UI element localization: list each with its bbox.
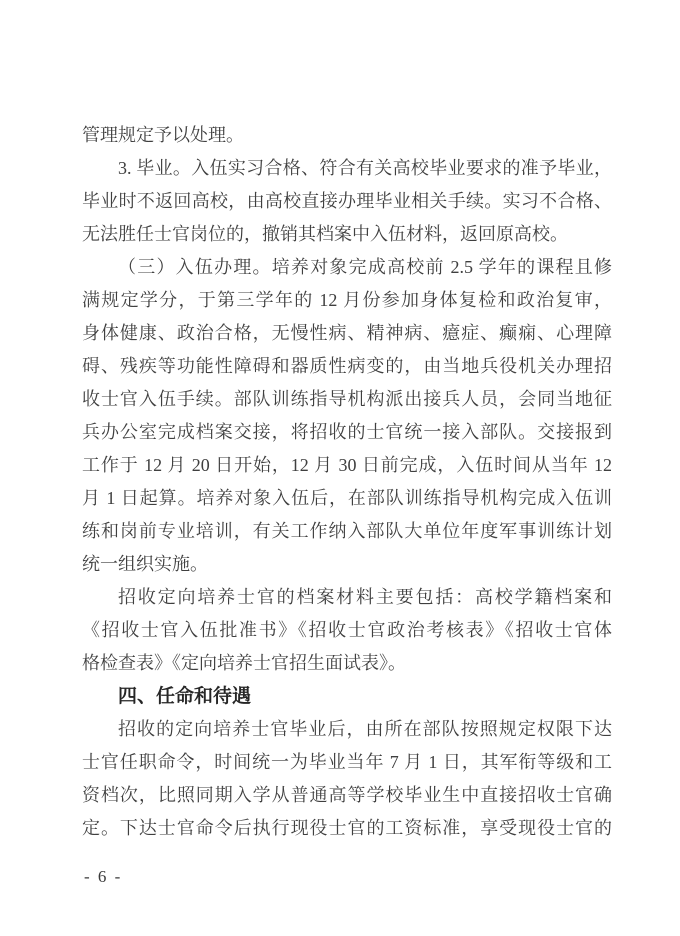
text-line: 资档次，比照同期入学从普通高等学校毕业生中直接招收士官确	[82, 779, 612, 812]
document-page: 管理规定予以处理。3. 毕业。入伍实习合格、符合有关高校毕业要求的准予毕业，毕业…	[0, 0, 680, 936]
text-line: 收士官入伍手续。部队训练指导机构派出接兵人员，会同当地征	[82, 383, 612, 416]
document-body: 管理规定予以处理。3. 毕业。入伍实习合格、符合有关高校毕业要求的准予毕业，毕业…	[82, 119, 612, 845]
text-line: 格检查表》《定向培养士官招生面试表》。	[82, 647, 612, 680]
text-line: 统一组织实施。	[82, 548, 612, 581]
paragraph: 管理规定予以处理。	[82, 119, 612, 152]
text-line: 四、任命和待遇	[82, 680, 612, 713]
paragraph: 招收定向培养士官的档案材料主要包括：高校学籍档案和《招收士官入伍批准书》《招收士…	[82, 581, 612, 680]
text-line: （三）入伍办理。培养对象完成高校前 2.5 学年的课程且修	[82, 251, 612, 284]
paragraph: （三）入伍办理。培养对象完成高校前 2.5 学年的课程且修满规定学分，于第三学年…	[82, 251, 612, 581]
text-line: 工作于 12 月 20 日开始，12 月 30 日前完成，入伍时间从当年 12	[82, 449, 612, 482]
text-line: 毕业时不返回高校，由高校直接办理毕业相关手续。实习不合格、	[82, 185, 612, 218]
paragraph: 3. 毕业。入伍实习合格、符合有关高校毕业要求的准予毕业，毕业时不返回高校，由高…	[82, 152, 612, 251]
section-heading: 四、任命和待遇	[82, 680, 612, 713]
text-line: 满规定学分，于第三学年的 12 月份参加身体复检和政治复审，	[82, 284, 612, 317]
page-number: - 6 -	[84, 866, 122, 888]
text-line: 碍、残疾等功能性障碍和器质性病变的，由当地兵役机关办理招	[82, 350, 612, 383]
text-line: 招收的定向培养士官毕业后，由所在部队按照规定权限下达	[82, 713, 612, 746]
text-line: 招收定向培养士官的档案材料主要包括：高校学籍档案和	[82, 581, 612, 614]
text-line: 练和岗前专业培训，有关工作纳入部队大单位年度军事训练计划	[82, 515, 612, 548]
text-line: 《招收士官入伍批准书》《招收士官政治考核表》《招收士官体	[82, 614, 612, 647]
text-line: 管理规定予以处理。	[82, 119, 612, 152]
text-line: 身体健康、政治合格，无慢性病、精神病、癔症、癫痫、心理障	[82, 317, 612, 350]
paragraph: 招收的定向培养士官毕业后，由所在部队按照规定权限下达士官任职命令，时间统一为毕业…	[82, 713, 612, 845]
text-line: 兵办公室完成档案交接，将招收的士官统一接入部队。交接报到	[82, 416, 612, 449]
text-line: 3. 毕业。入伍实习合格、符合有关高校毕业要求的准予毕业，	[82, 152, 612, 185]
text-line: 定。下达士官命令后执行现役士官的工资标准，享受现役士官的	[82, 812, 612, 845]
text-line: 月 1 日起算。培养对象入伍后，在部队训练指导机构完成入伍训	[82, 482, 612, 515]
text-line: 无法胜任士官岗位的，撤销其档案中入伍材料，返回原高校。	[82, 218, 612, 251]
text-line: 士官任职命令，时间统一为毕业当年 7 月 1 日，其军衔等级和工	[82, 746, 612, 779]
